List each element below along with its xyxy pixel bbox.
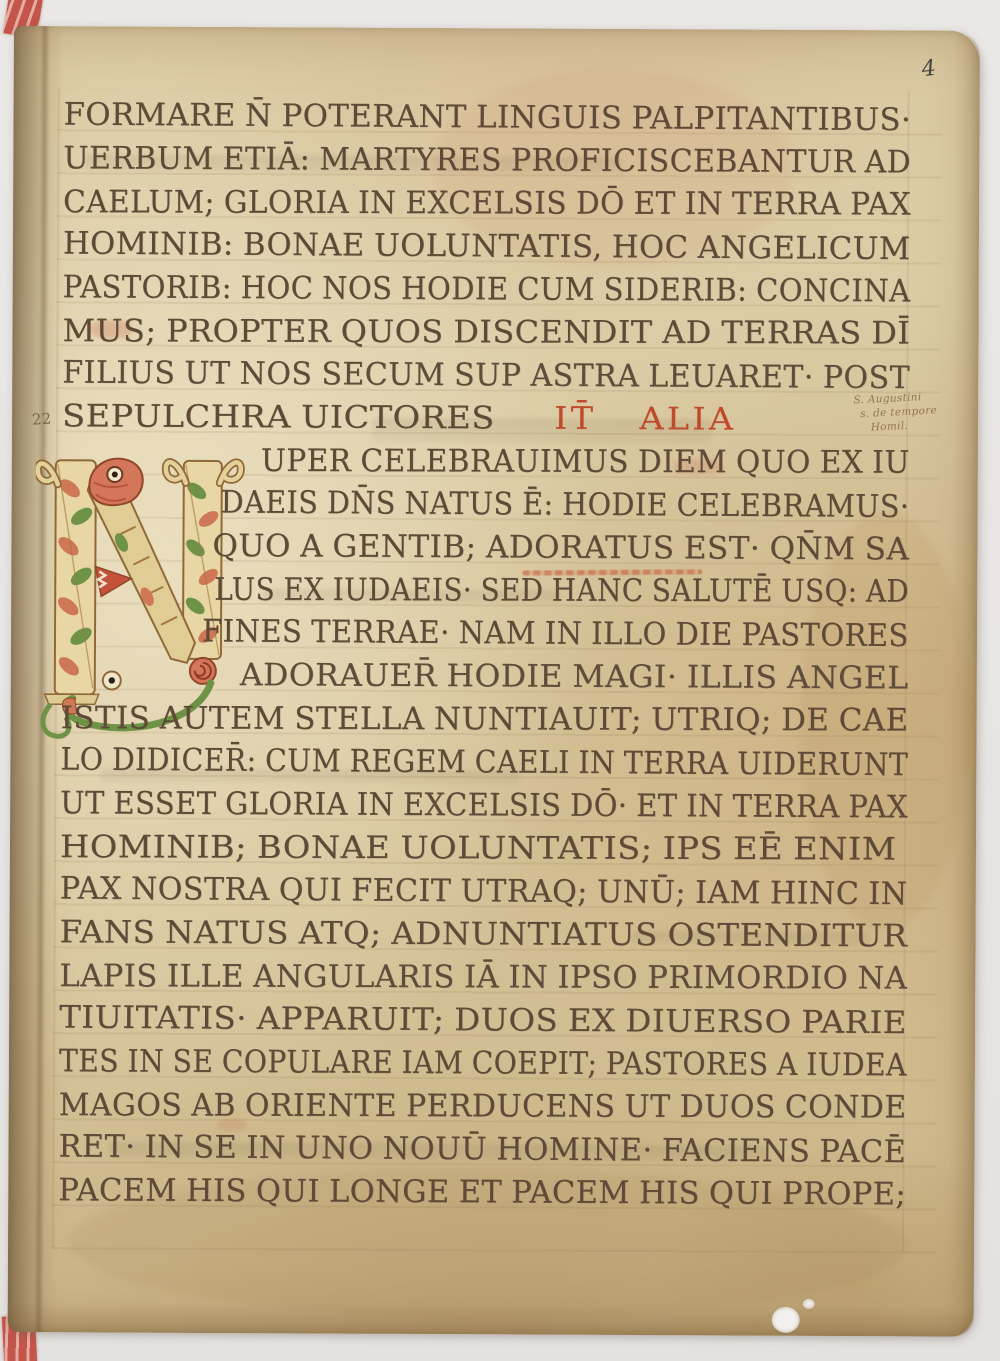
manuscript-line: PACEM HIS QUI LONGE ET PACEM HIS QUI PRO…: [58, 1169, 906, 1216]
manuscript-text: ADORAUER̄ HODIE MAGI· ILLIS ANGEL: [240, 657, 909, 696]
manuscript-text: FILIUS UT NOS SECUM SUP ASTRA LEUARET· P…: [62, 355, 910, 397]
manuscript-text: PASTORIB: HOC NOS HODIE CUM SIDERIB: CON…: [63, 269, 911, 309]
manuscript-line: FORMARE N̄ POTERANT LINGUIS PALPITANTIBU…: [63, 94, 911, 143]
manuscript-line: FINES TERRAE· NAM IN ILLO DIE PASTORES: [202, 610, 909, 658]
parchment-hole: [803, 1299, 815, 1309]
manuscript-text: HOMINIB; BONAE UOLUNTATIS; IPS EĒ ENIM: [60, 829, 897, 867]
manuscript-line: UT ESSET GLORIA IN EXCELSIS DŌ· ET IN TE…: [60, 782, 908, 829]
page-number: 4: [920, 56, 937, 82]
parchment-page: 4 22 S. Augustinis. de temporeHomil.: [8, 26, 980, 1337]
manuscript-text: FINES TERRAE· NAM IN ILLO DIE PASTORES: [202, 613, 909, 654]
manuscript-text-block: FORMARE N̄ POTERANT LINGUIS PALPITANTIBU…: [58, 94, 911, 1216]
manuscript-line: LO DIDICER̄: CUM REGEM CAELI IN TERRA UI…: [60, 738, 908, 787]
manuscript-line: DAEIS DN̄S NATUS Ē: HODIE CELEBRAMUS·: [221, 481, 910, 529]
parchment-hole: [772, 1307, 800, 1333]
manuscript-text: RET· IN SE IN UNO NOUŪ HOMINE· FACIENS P…: [58, 1128, 906, 1170]
page-edge-shadow-right: [948, 31, 980, 1337]
manuscript-text: FORMARE N̄ POTERANT LINGUIS PALPITANTIBU…: [63, 97, 911, 139]
manuscript-line: FANS NATUS ATQ; ADNUNTIATUS OSTENDITUR: [59, 911, 907, 958]
manuscript-text: HOMINIB: BONAE UOLUNTATIS, HOC ANGELICUM: [63, 226, 911, 268]
page-edge-shadow-bottom: [8, 1302, 974, 1337]
manuscript-line: ADORAUER̄ HODIE MAGI· ILLIS ANGEL: [240, 654, 909, 700]
manuscript-text: MUS; PROPTER QUOS DISCENDIT AD TERRAS DĪ: [62, 313, 910, 351]
manuscript-line: QUO A GENTIB; ADORATUS EST· QN̄M SA: [212, 525, 909, 571]
manuscript-text: UT ESSET GLORIA IN EXCELSIS DŌ· ET IN TE…: [60, 785, 908, 825]
manuscript-line: ISTIS AUTEM STELLA NUNTIAUIT; UTRIQ; DE …: [61, 697, 909, 742]
manuscript-line: LUS EX IUDAEIS· SED HANC SALUTĒ USQ: AD: [214, 569, 909, 614]
manuscript-text: FANS NATUS ATQ; ADNUNTIATUS OSTENDITUR: [59, 914, 907, 954]
manuscript-text: LO DIDICER̄: CUM REGEM CAELI IN TERRA UI…: [60, 741, 908, 783]
manuscript-line: LAPIS ILLE ANGULARIS IĀ IN IPSO PRIMORDI…: [59, 955, 907, 1000]
rubric-text: IT̄: [554, 401, 596, 437]
manuscript-text: PACEM HIS QUI LONGE ET PACEM HIS QUI PRO…: [58, 1172, 906, 1212]
manuscript-text: QUO A GENTIB; ADORATUS EST· QN̄M SA: [212, 528, 909, 567]
manuscript-line: FILIUS UT NOS SECUM SUP ASTRA LEUARET· P…: [62, 352, 910, 401]
manuscript-line: UERBUM ETIĀ: MARTYRES PROFICISCEBANTUR A…: [63, 137, 911, 184]
rubric-text: ALIA: [639, 401, 736, 437]
manuscript-text: UPER CELEBRAUIMUS DIEM QUO EX IU: [261, 443, 910, 481]
manuscript-text: TIUITATIS· APPARUIT; DUOS EX DIUERSO PAR…: [59, 999, 907, 1041]
folio-pencil-mark: 22: [32, 410, 52, 429]
manuscript-text: LUS EX IUDAEIS· SED HANC SALUTĒ USQ: AD: [214, 572, 909, 610]
manuscript-line: MAGOS AB ORIENTE PERDUCENS UT DUOS CONDE: [59, 1084, 907, 1129]
manuscript-line: PAX NOSTRA QUI FECIT UTRAQ; UNŪ; IAM HIN…: [60, 867, 908, 916]
manuscript-photo: 4 22 S. Augustinis. de temporeHomil.: [0, 0, 1000, 1361]
manuscript-text: SEPULCHRA UICTORES: [62, 398, 495, 436]
manuscript-text: CAELUM; GLORIA IN EXCELSIS DŌ ET IN TERR…: [63, 184, 911, 222]
manuscript-line: TIUITATIS· APPARUIT; DUOS EX DIUERSO PAR…: [59, 996, 907, 1045]
manuscript-text: DAEIS DN̄S NATUS Ē: HODIE CELEBRAMUS·: [221, 484, 910, 525]
manuscript-line: UPER CELEBRAUIMUS DIEM QUO EX IU: [261, 440, 910, 485]
manuscript-text: MAGOS AB ORIENTE PERDUCENS UT DUOS CONDE: [59, 1087, 907, 1125]
manuscript-line: TES IN SE COPULARE IAM COEPIT; PASTORES …: [59, 1040, 907, 1087]
manuscript-text: ISTIS AUTEM STELLA NUNTIAUIT; UTRIQ; DE …: [61, 700, 909, 738]
manuscript-text: UERBUM ETIĀ: MARTYRES PROFICISCEBANTUR A…: [63, 140, 911, 180]
manuscript-line: HOMINIB; BONAE UOLUNTATIS; IPS EĒ ENIM: [60, 826, 908, 871]
manuscript-text: PAX NOSTRA QUI FECIT UTRAQ; UNŪ; IAM HIN…: [60, 870, 908, 912]
manuscript-line: MUS; PROPTER QUOS DISCENDIT AD TERRAS DĪ: [62, 310, 910, 355]
manuscript-line: RET· IN SE IN UNO NOUŪ HOMINE· FACIENS P…: [58, 1125, 906, 1174]
manuscript-line: CAELUM; GLORIA IN EXCELSIS DŌ ET IN TERR…: [63, 181, 911, 226]
manuscript-text: TES IN SE COPULARE IAM COEPIT; PASTORES …: [59, 1043, 907, 1083]
manuscript-text: LAPIS ILLE ANGULARIS IĀ IN IPSO PRIMORDI…: [59, 958, 907, 996]
manuscript-line: PASTORIB: HOC NOS HODIE CUM SIDERIB: CON…: [63, 266, 911, 313]
manuscript-line: HOMINIB: BONAE UOLUNTATIS, HOC ANGELICUM: [63, 223, 911, 272]
